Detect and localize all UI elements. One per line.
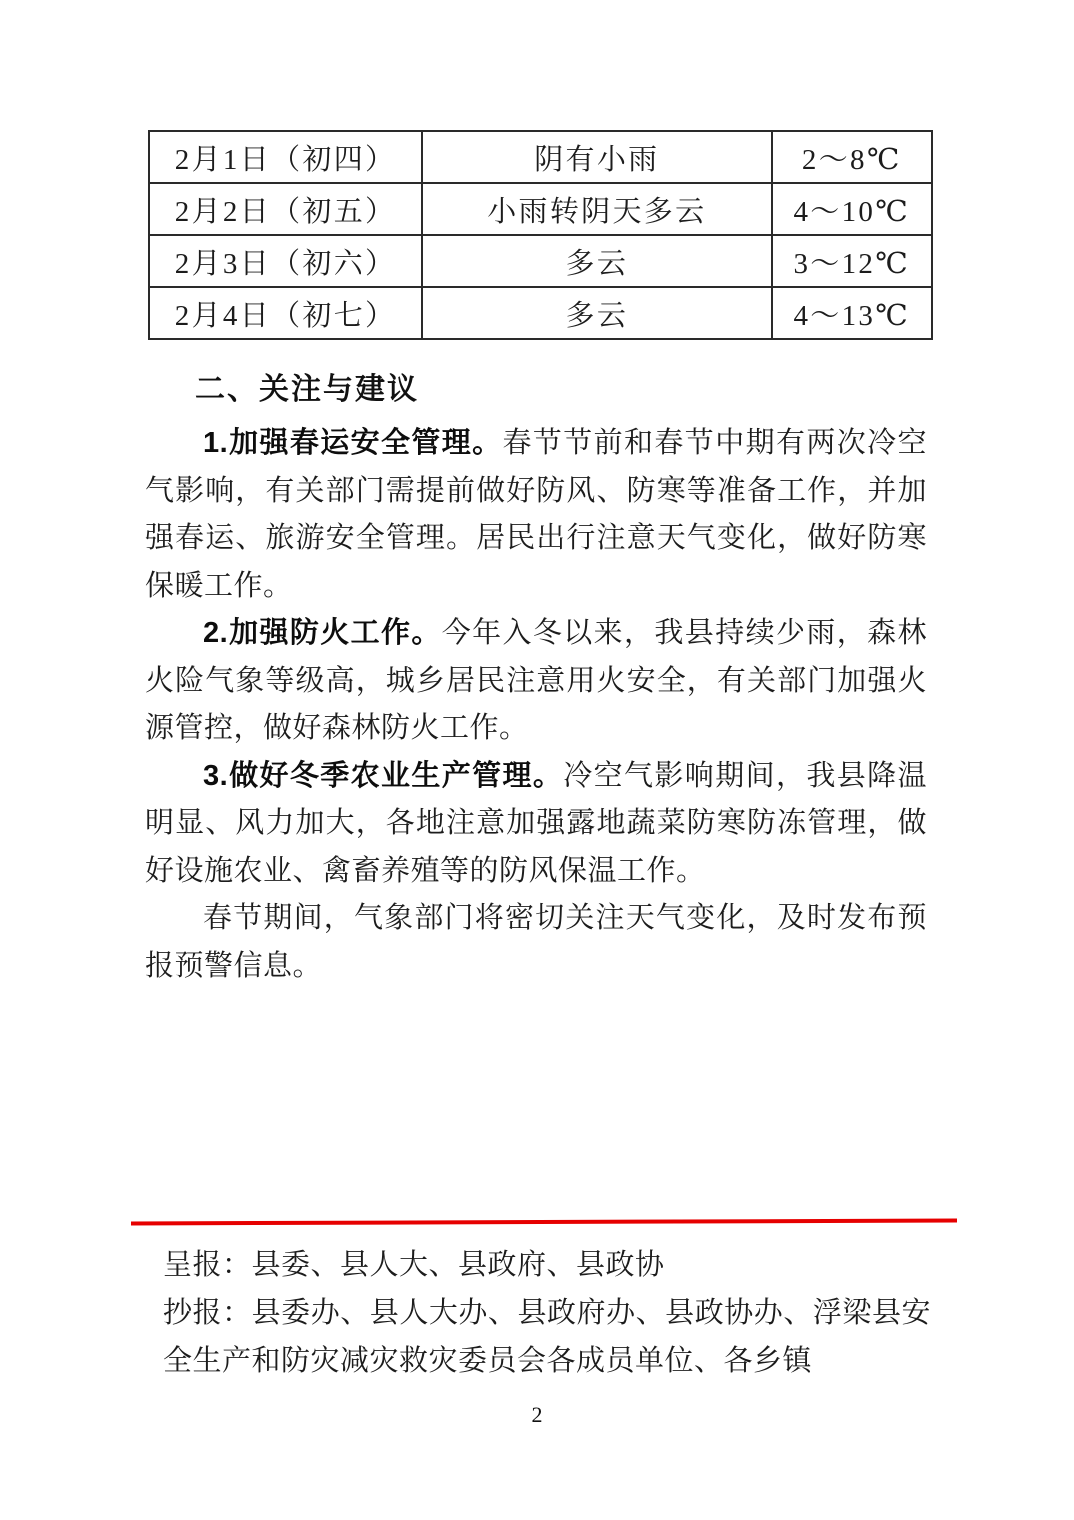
cc-line-chaobao: 抄报：县委办、县人大办、县政府办、县政协办、浮梁县安全生产和防灾减灾救灾委员会各… (163, 1289, 931, 1385)
forecast-weather-cell: 多云 (422, 235, 771, 287)
footer-red-rule (131, 1219, 957, 1226)
forecast-temp-cell: 2～8℃ (772, 131, 933, 183)
forecast-temp-cell: 3～12℃ (772, 235, 933, 287)
page-number: 2 (0, 1402, 1074, 1428)
table-row: 2月1日（初四） 阴有小雨 2～8℃ (149, 131, 932, 183)
paragraph-lead: 1.加强春运安全管理。 (203, 427, 503, 459)
section-heading: 二、关注与建议 (195, 364, 419, 408)
table-row: 2月3日（初六） 多云 3～12℃ (149, 235, 932, 287)
paragraph: 2.加强防火工作。今年入冬以来，我县持续少雨，森林火险气象等级高，城乡居民注意用… (145, 610, 927, 753)
paragraph-lead: 3.做好冬季农业生产管理。 (203, 760, 563, 792)
forecast-date-cell: 2月3日（初六） (149, 235, 422, 287)
cc-line-chengbao: 呈报：县委、县人大、县政府、县政协 (163, 1241, 931, 1289)
forecast-date-cell: 2月1日（初四） (149, 131, 422, 183)
forecast-weather-cell: 多云 (422, 287, 771, 339)
distribution-block: 呈报：县委、县人大、县政府、县政协 抄报：县委办、县人大办、县政府办、县政协办、… (163, 1241, 931, 1385)
paragraph: 3.做好冬季农业生产管理。冷空气影响期间，我县降温明显、风力加大，各地注意加强露… (145, 753, 927, 896)
table-row: 2月4日（初七） 多云 4～13℃ (149, 287, 932, 339)
forecast-weather-cell: 阴有小雨 (422, 131, 771, 183)
paragraph-lead: 2.加强防火工作。 (203, 617, 442, 649)
forecast-date-cell: 2月2日（初五） (149, 183, 422, 235)
weather-forecast-table: 2月1日（初四） 阴有小雨 2～8℃ 2月2日（初五） 小雨转阴天多云 4～10… (148, 130, 933, 340)
paragraph: 春节期间，气象部门将密切关注天气变化，及时发布预报预警信息。 (145, 895, 927, 990)
forecast-date-cell: 2月4日（初七） (149, 287, 422, 339)
table-row: 2月2日（初五） 小雨转阴天多云 4～10℃ (149, 183, 932, 235)
paragraph: 1.加强春运安全管理。春节节前和春节中期有两次冷空气影响，有关部门需提前做好防风… (145, 420, 927, 610)
forecast-temp-cell: 4～10℃ (772, 183, 933, 235)
paragraph-body-text: 春节期间，气象部门将密切关注天气变化，及时发布预报预警信息。 (145, 902, 927, 982)
section-body: 1.加强春运安全管理。春节节前和春节中期有两次冷空气影响，有关部门需提前做好防风… (145, 420, 927, 990)
forecast-temp-cell: 4～13℃ (772, 287, 933, 339)
forecast-weather-cell: 小雨转阴天多云 (422, 183, 771, 235)
document-page: 2月1日（初四） 阴有小雨 2～8℃ 2月2日（初五） 小雨转阴天多云 4～10… (0, 0, 1074, 1520)
